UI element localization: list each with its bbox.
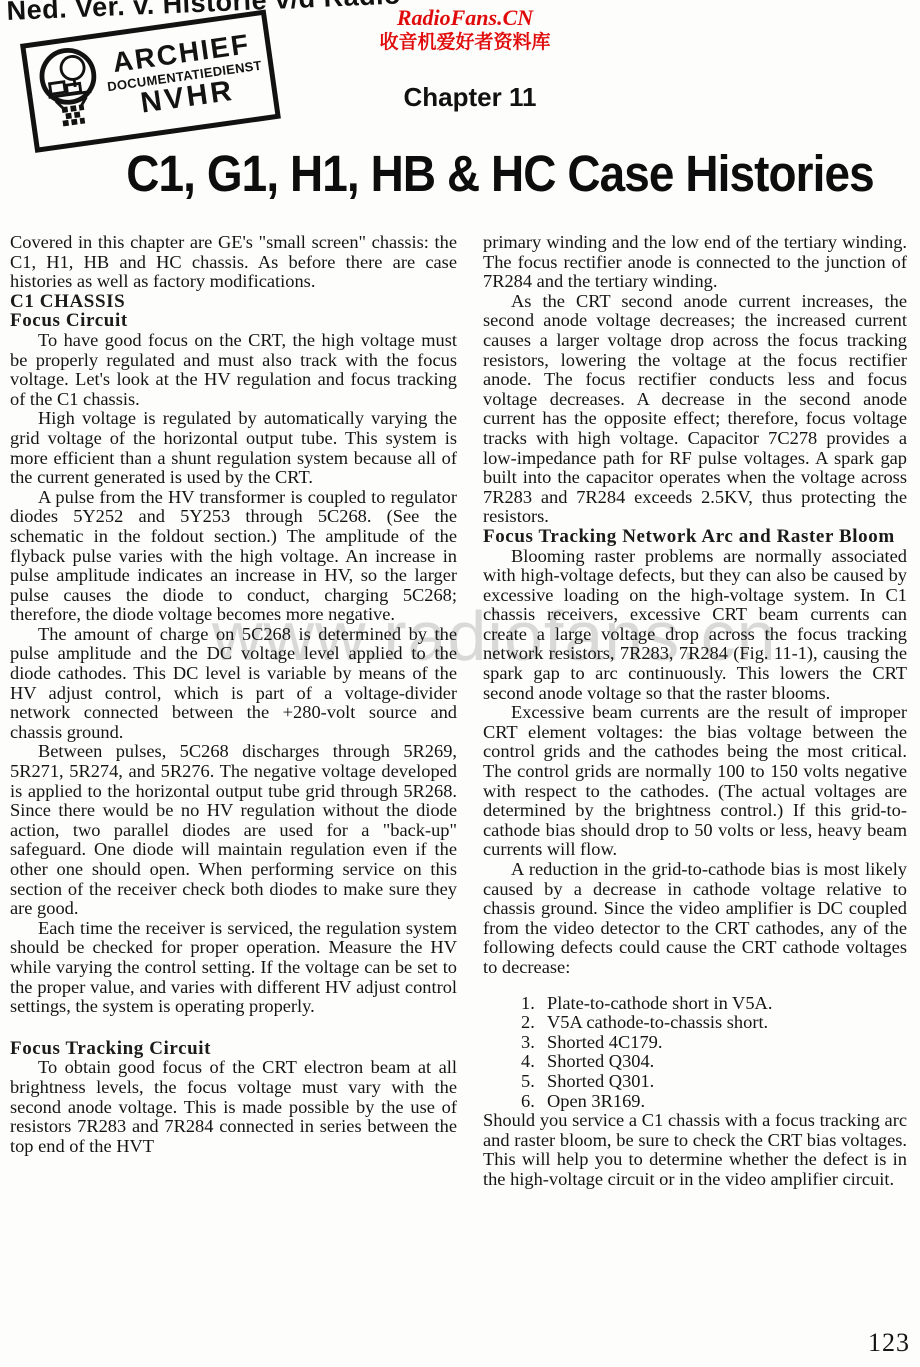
paragraph-good-focus: To have good focus on the CRT, the high …: [10, 331, 457, 409]
list-item-text: Shorted Q301.: [547, 1072, 907, 1092]
paragraph-between-pulses: Between pulses, 5C268 discharges through…: [10, 742, 457, 918]
section-heading-focus-tracking-circuit: Focus Tracking Circuit: [10, 1039, 457, 1059]
paragraph-high-voltage: High voltage is regulated by automatical…: [10, 409, 457, 487]
section-heading-c1-chassis: C1 CHASSIS: [10, 292, 457, 312]
list-item-number: 5.: [521, 1072, 547, 1092]
paragraph-primary-winding: primary winding and the low end of the t…: [483, 233, 907, 292]
list-item-text: Plate-to-cathode short in V5A.: [547, 994, 907, 1014]
page-number: 123: [868, 1328, 910, 1358]
list-item: 2. V5A cathode-to-chassis short.: [483, 1013, 907, 1033]
paragraph-should-service: Should you service a C1 chassis with a f…: [483, 1111, 907, 1189]
paragraph-excessive: Excessive beam currents are the result o…: [483, 703, 907, 860]
radiofans-chinese-tagline: 收音机爱好者资料库: [360, 32, 570, 54]
paragraph-as-crt: As the CRT second anode current increase…: [483, 292, 907, 527]
list-item-number: 6.: [521, 1092, 547, 1112]
section-heading-network-arc: Focus Tracking Network Arc and Raster Bl…: [483, 527, 907, 547]
radiofans-red-watermark: RadioFans.CN 收音机爱好者资料库: [360, 5, 570, 54]
list-item-number: 1.: [521, 994, 547, 1014]
list-item: 1. Plate-to-cathode short in V5A.: [483, 994, 907, 1014]
list-item-number: 4.: [521, 1052, 547, 1072]
list-item-text: Open 3R169.: [547, 1092, 907, 1112]
page-title: C1, G1, H1, HB & HC Case Histories: [122, 144, 878, 203]
list-item: 4. Shorted Q304.: [483, 1052, 907, 1072]
chapter-label: Chapter 11: [20, 82, 920, 113]
defect-list: 1. Plate-to-cathode short in V5A. 2. V5A…: [483, 994, 907, 1112]
list-item: 3. Shorted 4C179.: [483, 1033, 907, 1053]
list-item-number: 2.: [521, 1013, 547, 1033]
list-item: 5. Shorted Q301.: [483, 1072, 907, 1092]
right-text-column: primary winding and the low end of the t…: [483, 233, 907, 1190]
paragraph-pulse: A pulse from the HV transformer is coupl…: [10, 488, 457, 625]
paragraph-blooming: Blooming raster problems are normally as…: [483, 547, 907, 704]
paragraph-obtain-focus: To obtain good focus of the CRT electron…: [10, 1058, 457, 1156]
paragraph-intro: Covered in this chapter are GE's "small …: [10, 233, 457, 292]
scanned-manual-page: Ned. Ver. v. Historie v/d Radio RadioFan…: [0, 0, 920, 1367]
paragraph-each-time: Each time the receiver is serviced, the …: [10, 919, 457, 1017]
paragraph-reduction: A reduction in the grid-to-cathode bias …: [483, 860, 907, 978]
list-item: 6. Open 3R169.: [483, 1092, 907, 1112]
radiofans-site-name: RadioFans.CN: [360, 5, 570, 30]
list-item-text: Shorted 4C179.: [547, 1033, 907, 1053]
list-item-text: Shorted Q304.: [547, 1052, 907, 1072]
paragraph-charge: The amount of charge on 5C268 is determi…: [10, 625, 457, 743]
list-item-number: 3.: [521, 1033, 547, 1053]
left-text-column: Covered in this chapter are GE's "small …: [10, 233, 457, 1156]
list-item-text: V5A cathode-to-chassis short.: [547, 1013, 907, 1033]
section-heading-focus-circuit: Focus Circuit: [10, 311, 457, 331]
